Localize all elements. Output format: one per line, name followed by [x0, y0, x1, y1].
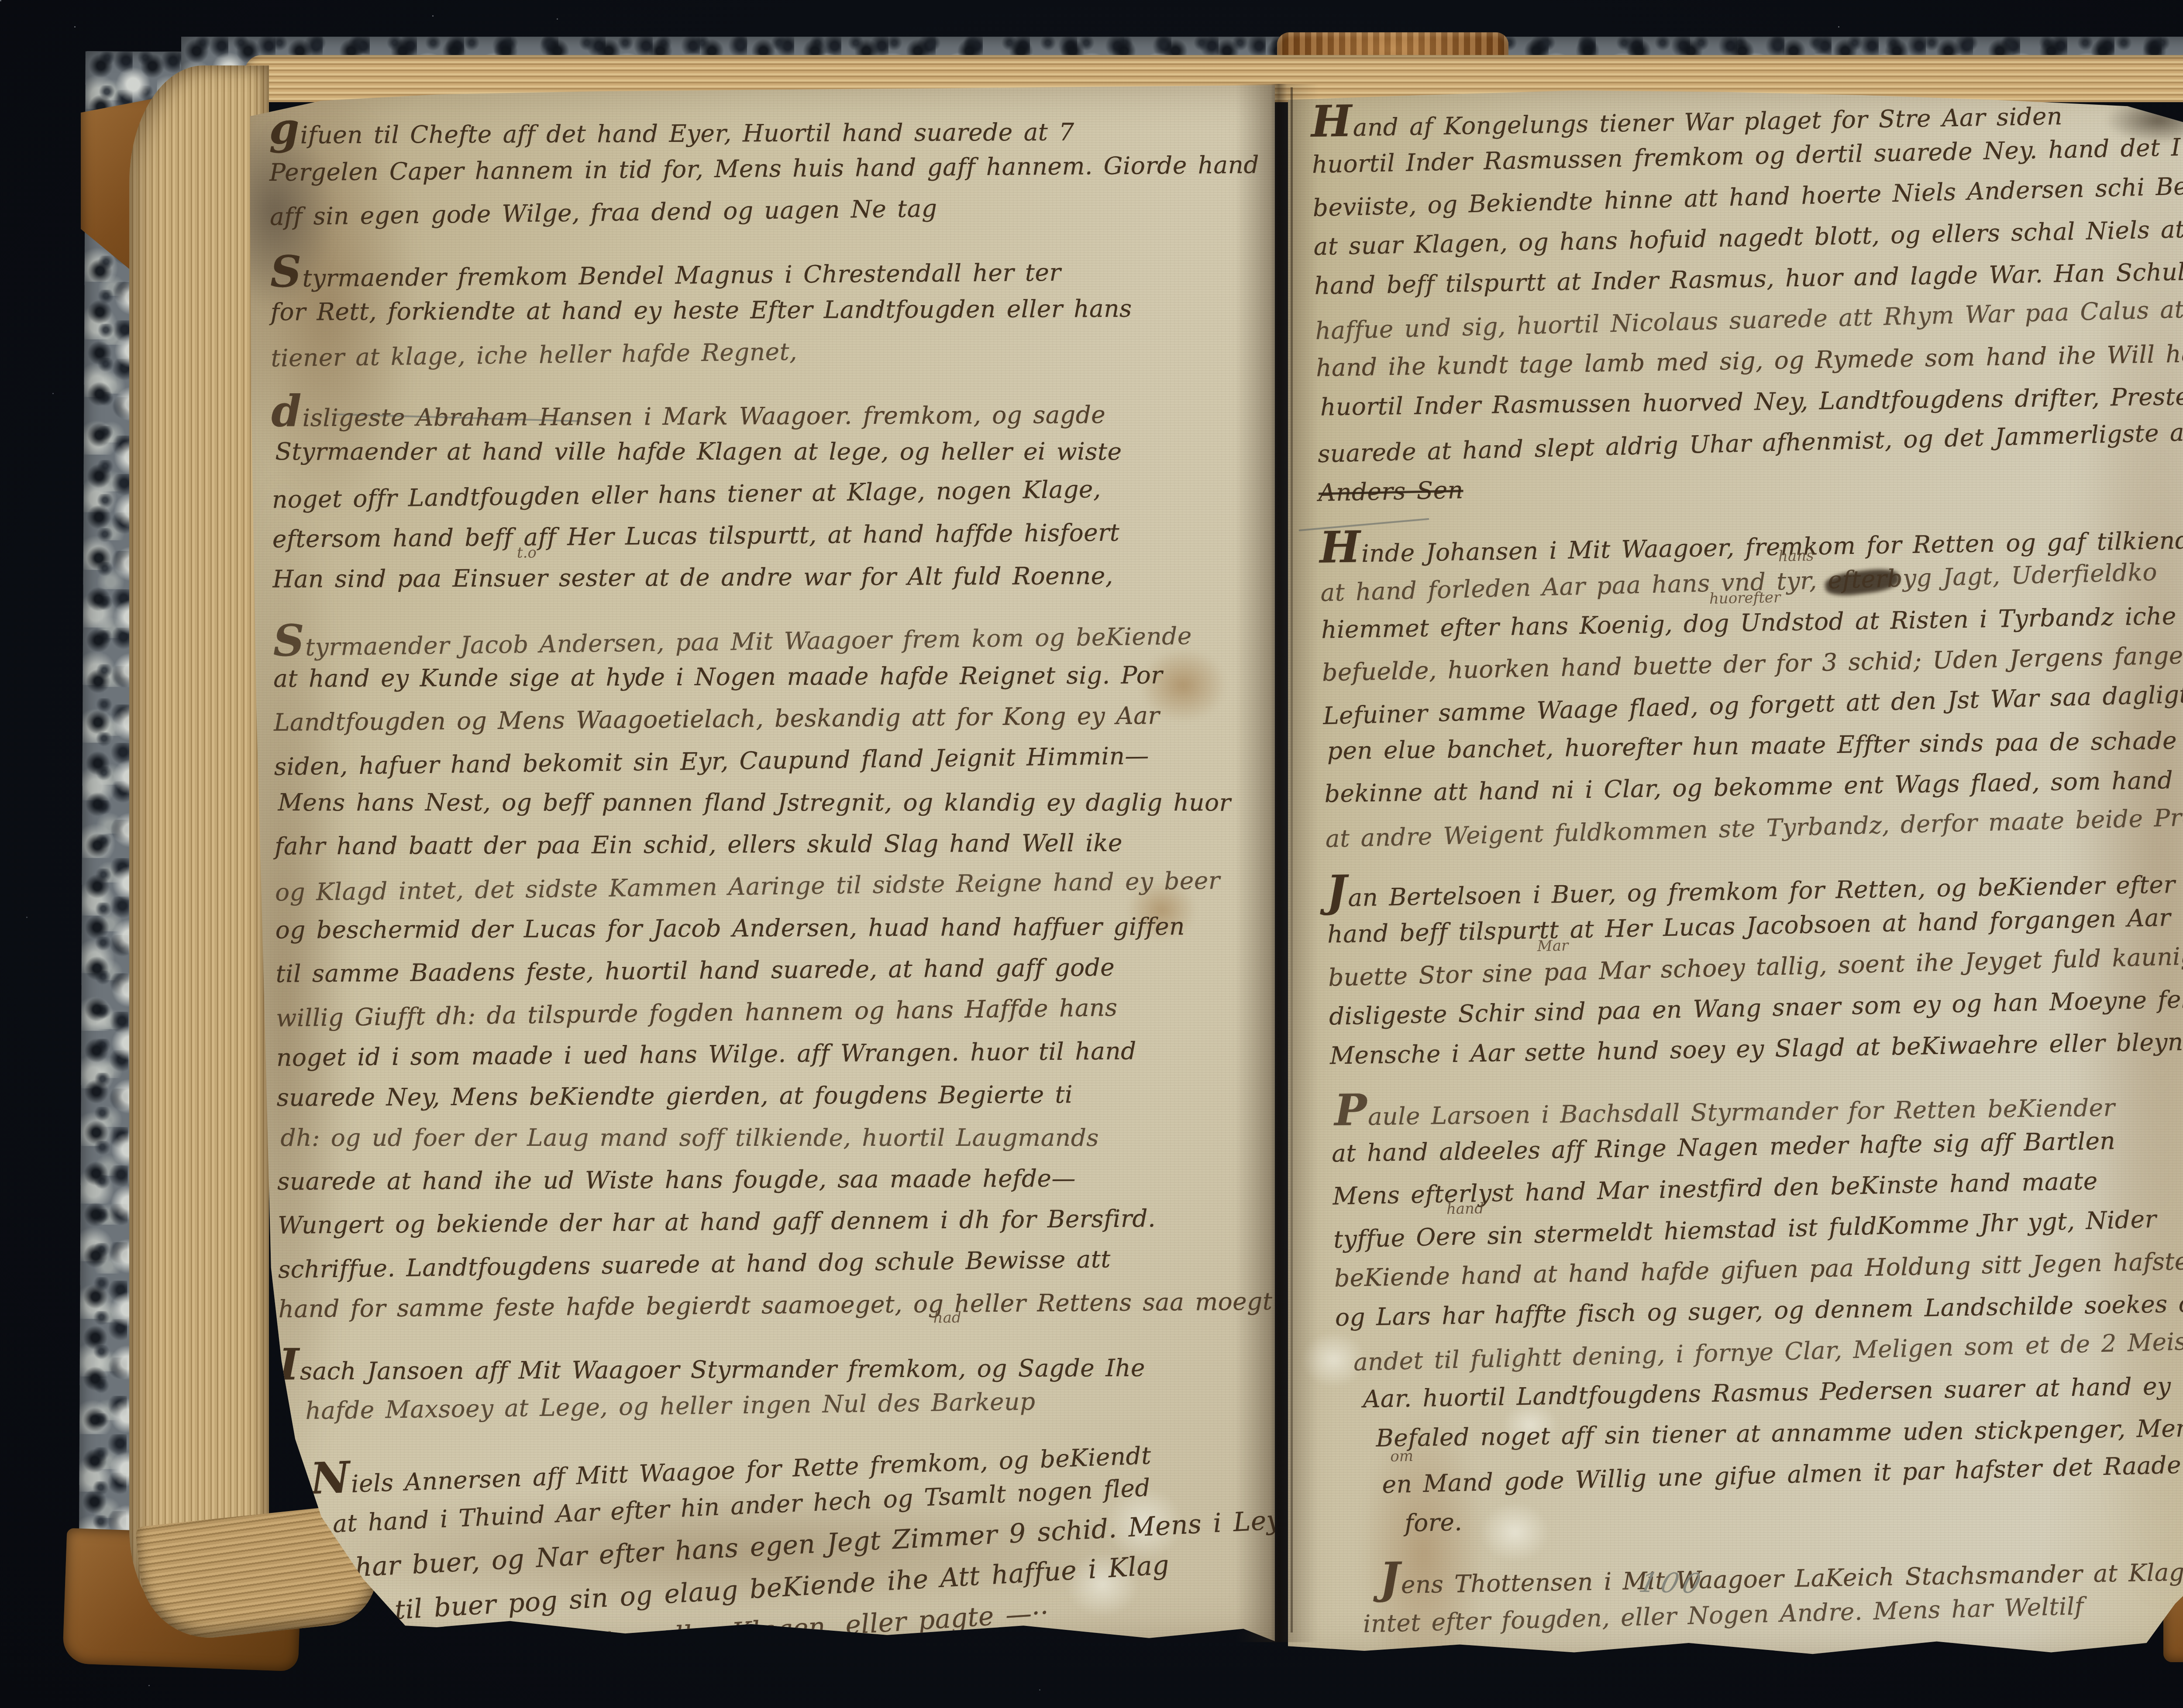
- interlinear-insertion: om: [1390, 1447, 1414, 1465]
- dust-specks: [0, 0, 1, 1]
- interlinear-insertion: hand: [1446, 1200, 1484, 1218]
- interlinear-insertion: hans: [1778, 547, 1814, 565]
- manuscript-line: Isach Jansoen aff Mit Waagoer Styrmander…: [279, 1340, 1270, 1385]
- page-stack-fore-edge-left: [129, 65, 269, 1619]
- manuscript-line: Mens hans Nest, og beff pannen fland Jst…: [278, 781, 1269, 823]
- manuscript-line: disligeste Abraham Hansen i Mark Waagoer…: [271, 387, 1262, 433]
- gutter-crease: [1291, 87, 1293, 1632]
- manuscript-line: gifuen til Chefte aff det hand Eyer, Huo…: [269, 104, 1260, 150]
- left-page-text: gifuen til Chefte aff det hand Eyer, Huo…: [269, 102, 1272, 1655]
- manuscript-line: Styrmaender at hand ville hafde Klagen a…: [275, 430, 1266, 472]
- manuscript-line: Styrmaender fremkom Bendel Magnus i Chre…: [270, 243, 1262, 293]
- manuscript-line: at hand ey Kunde sige at hyde i Nogen ma…: [273, 653, 1264, 699]
- interlinear-insertion: t.o: [517, 544, 537, 561]
- manuscript-line: og Klagd intet, det sidste Kammen Aaring…: [275, 859, 1266, 914]
- manuscript-line: hafde Maxsoey at Lege, og heller ingen N…: [305, 1378, 1271, 1432]
- right-page: Hand af Kongelungs tiener War plaget for…: [1288, 87, 2183, 1659]
- interlinear-insertion: huorefter: [1709, 589, 1781, 608]
- manuscript-line: dh: og ud foer der Laug mand soff tilkie…: [281, 1117, 1272, 1158]
- manuscript-line: suarede at hand ihe ud Wiste hans fougde…: [277, 1156, 1268, 1202]
- manuscript-line: Han sind paa Einsuer sester at de andre …: [272, 554, 1264, 600]
- manuscript-line: for Rett, forkiendte at hand ey heste Ef…: [270, 287, 1261, 333]
- left-page: gifuen til Chefte aff det hand Eyer, Huo…: [227, 85, 1275, 1641]
- manuscript-line: suarede Ney, Mens beKiendte gierden, at …: [277, 1072, 1268, 1118]
- manuscript-line: fahr hand baatt der paa Ein schid, eller…: [275, 821, 1266, 867]
- interlinear-insertion: Mar: [1537, 937, 1568, 955]
- manuscript-line: og beschermid der Lucas for Jacob Anders…: [275, 905, 1267, 951]
- interlinear-insertion: had: [933, 1309, 961, 1327]
- manuscript-line: tiener at klage, iche heller hafde Regne…: [271, 325, 1262, 379]
- folio-number-pencil: 100: [1636, 1567, 1708, 1600]
- right-page-text: Hand af Kongelungs tiener War plaget for…: [1311, 84, 2183, 1643]
- manuscript-line: Styrmaender Jacob Andersen, paa Mit Waag…: [273, 608, 1264, 662]
